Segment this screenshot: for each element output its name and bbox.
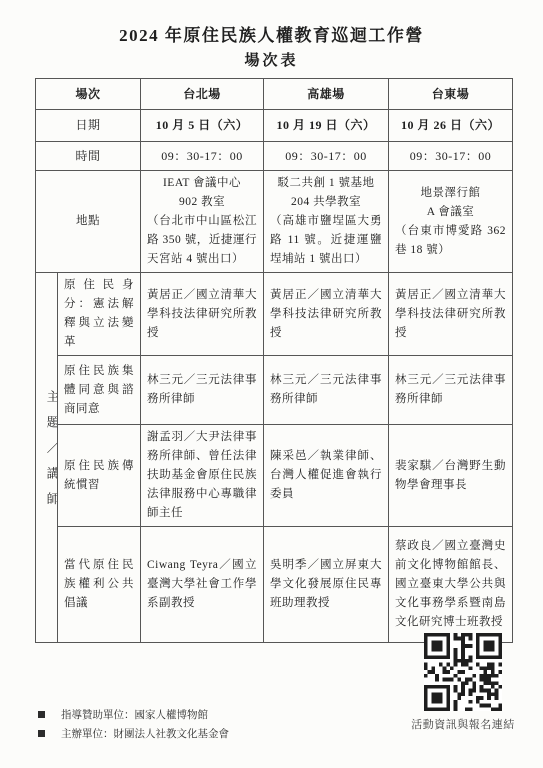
credits-block: 指導贊助單位：國家人權博物館 主辦單位：財團法人社教文化基金會 (38, 705, 229, 743)
date-label: 日期 (36, 110, 141, 142)
side-label-cell: 主題／講師 (36, 273, 58, 643)
page-subtitle: 場次表 (0, 51, 543, 71)
venue-address: （台東市博愛路 362 巷 18 號） (395, 222, 506, 260)
time-kaohsiung: 09：30-17：00 (264, 142, 389, 171)
page-title: 2024 年原住民族人權教育巡迴工作營 (0, 25, 543, 47)
credit-line-organizer: 主辦單位：財團法人社教文化基金會 (38, 724, 229, 743)
corner-label: 場次 (36, 79, 141, 110)
location-label: 地點 (36, 171, 141, 273)
time-taipei: 09：30-17：00 (141, 142, 264, 171)
session-topic: 當代原住民族權利公共倡議 (58, 527, 141, 643)
venue-address: （高雄市鹽埕區大勇路 11 號。近捷運鹽埕埔站 1 號出口） (270, 212, 382, 269)
location-kaohsiung: 駁二共創 1 號基地 204 共學教室 （高雄市鹽埕區大勇路 11 號。近捷運鹽… (264, 171, 389, 273)
speaker-taipei: 林三元／三元法律事務所律師 (141, 356, 264, 425)
venue-header-taipei: 台北場 (141, 79, 264, 110)
title-block: 2024 年原住民族人權教育巡迴工作營 場次表 (0, 0, 543, 71)
document-page: 2024 年原住民族人權教育巡迴工作營 場次表 場次 台北場 高雄場 台東場 日… (0, 0, 543, 768)
qr-code-icon (424, 633, 502, 711)
speaker-taipei: 謝孟羽／大尹法律事務所律師、曾任法律扶助基金會原住民族法律服務中心專職律師主任 (141, 425, 264, 527)
session-topic: 原住民身分：憲法解釋與立法變革 (58, 273, 141, 356)
speaker-taitung: 蔡政良／國立臺灣史前文化博物館館長、國立臺東大學公共與文化事務學系暨南島文化研究… (389, 527, 513, 643)
venue-header-kaohsiung: 高雄場 (264, 79, 389, 110)
speaker-kaohsiung: 陳采邑／執業律師、台灣人權促進會執行委員 (264, 425, 389, 527)
qr-caption: 活動資訊與報名連結 (411, 716, 515, 732)
header-row: 場次 台北場 高雄場 台東場 (36, 79, 513, 110)
date-taitung: 10 月 26 日（六） (389, 110, 513, 142)
schedule-table: 場次 台北場 高雄場 台東場 日期 10 月 5 日（六） 10 月 19 日（… (35, 78, 513, 643)
venue-name: 駁二共創 1 號基地 (270, 174, 382, 193)
speaker-kaohsiung: 黃居正／國立清華大學科技法律研究所教授 (264, 273, 389, 356)
venue-address: （台北市中山區松江路 350 號，近捷運行天宮站 4 號出口） (147, 212, 257, 269)
date-row: 日期 10 月 5 日（六） 10 月 19 日（六） 10 月 26 日（六） (36, 110, 513, 142)
speaker-taipei: 黃居正／國立清華大學科技法律研究所教授 (141, 273, 264, 356)
square-bullet-icon (38, 730, 45, 737)
session-row-4: 當代原住民族權利公共倡議 Ciwang Teyra／國立臺灣大學社會工作學系副教… (36, 527, 513, 643)
session-row-2: 原住民族集體同意與諮商同意 林三元／三元法律事務所律師 林三元／三元法律事務所律… (36, 356, 513, 425)
side-label-topics-speakers: 主題／講師 (42, 390, 58, 518)
credit-line-sponsor: 指導贊助單位：國家人權博物館 (38, 705, 229, 724)
speaker-taitung: 林三元／三元法律事務所律師 (389, 356, 513, 425)
session-topic: 原住民族傳統慣習 (58, 425, 141, 527)
location-taipei: IEAT 會議中心 902 教室 （台北市中山區松江路 350 號，近捷運行天宮… (141, 171, 264, 273)
location-taitung: 地景澤行館 A 會議室 （台東市博愛路 362 巷 18 號） (389, 171, 513, 273)
date-taipei: 10 月 5 日（六） (141, 110, 264, 142)
speaker-taipei: Ciwang Teyra／國立臺灣大學社會工作學系副教授 (141, 527, 264, 643)
speaker-kaohsiung: 林三元／三元法律事務所律師 (264, 356, 389, 425)
time-row: 時間 09：30-17：00 09：30-17：00 09：30-17：00 (36, 142, 513, 171)
sponsor-text: 指導贊助單位：國家人權博物館 (61, 707, 208, 722)
venue-room: 902 教室 (147, 193, 257, 212)
session-row-1: 主題／講師 原住民身分：憲法解釋與立法變革 黃居正／國立清華大學科技法律研究所教… (36, 273, 513, 356)
speaker-kaohsiung: 吳明季／國立屏東大學文化發展原住民專班助理教授 (264, 527, 389, 643)
venue-room: 204 共學教室 (270, 193, 382, 212)
speaker-taitung: 裴家騏／台灣野生動物學會理事長 (389, 425, 513, 527)
venue-name: IEAT 會議中心 (147, 174, 257, 193)
square-bullet-icon (38, 711, 45, 718)
time-label: 時間 (36, 142, 141, 171)
session-row-3: 原住民族傳統慣習 謝孟羽／大尹法律事務所律師、曾任法律扶助基金會原住民族法律服務… (36, 425, 513, 527)
session-topic: 原住民族集體同意與諮商同意 (58, 356, 141, 425)
qr-block: 活動資訊與報名連結 (411, 633, 515, 732)
venue-room: A 會議室 (395, 203, 506, 222)
venue-header-taitung: 台東場 (389, 79, 513, 110)
venue-name: 地景澤行館 (395, 184, 506, 203)
organizer-text: 主辦單位：財團法人社教文化基金會 (61, 726, 229, 741)
location-row: 地點 IEAT 會議中心 902 教室 （台北市中山區松江路 350 號，近捷運… (36, 171, 513, 273)
time-taitung: 09：30-17：00 (389, 142, 513, 171)
speaker-taitung: 黃居正／國立清華大學科技法律研究所教授 (389, 273, 513, 356)
date-kaohsiung: 10 月 19 日（六） (264, 110, 389, 142)
